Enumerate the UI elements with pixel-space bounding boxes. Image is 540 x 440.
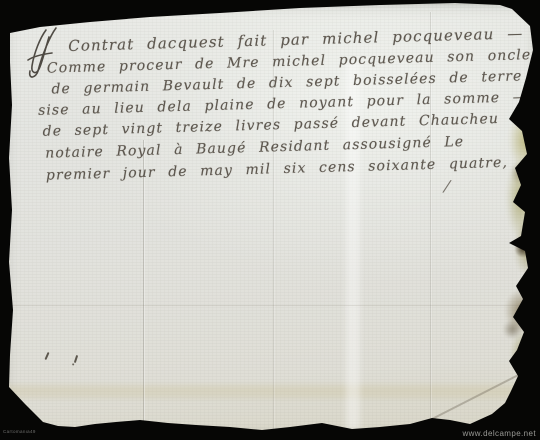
fold-crease-diagonal-bottom-right bbox=[428, 360, 540, 421]
fold-crease-horizontal bbox=[10, 305, 530, 306]
ink-mark bbox=[74, 355, 78, 363]
manuscript-photo: Contrat dacquest fait par michel pocquev… bbox=[0, 0, 540, 440]
discoloration-band-bottom bbox=[0, 381, 540, 402]
fold-crease-vertical-1 bbox=[143, 140, 144, 430]
moss-stain-lower-right-edge bbox=[490, 288, 540, 380]
delcampe-watermark: www.delcampe.net bbox=[462, 429, 536, 438]
ink-mark bbox=[44, 352, 49, 360]
seller-watermark: Cartomania49 bbox=[3, 430, 36, 435]
handwritten-text-block: Contrat dacquest fait par michel pocquev… bbox=[32, 22, 532, 36]
brown-spot-right-edge bbox=[514, 241, 532, 257]
flourish-mark: / bbox=[443, 176, 450, 195]
paper-sheet: Contrat dacquest fait par michel pocquev… bbox=[0, 0, 540, 440]
moss-stain-upper-right-edge bbox=[496, 108, 538, 272]
